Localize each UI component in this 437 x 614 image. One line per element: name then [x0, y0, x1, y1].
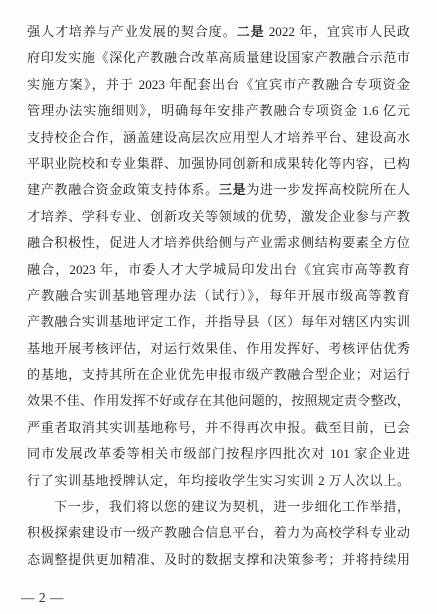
body-text-segment: 产教融合实训基地评定工作，并指导县（区）每年对辖区内实训 — [27, 314, 410, 329]
text-line: 平职业院校和专业集群、加强协同创新和成果转化等内容，已构 — [27, 151, 410, 177]
body-text-segment: 融合积极性，促进人才培养供给侧与产业需求侧结构要素全方位 — [27, 235, 410, 250]
body-text: 强人才培养与产业发展的契合度。二是 2022 年，宜宾市人民政府印发实施《深化产… — [27, 19, 410, 573]
body-text-segment: 建产教融合资金政策支持体系。 — [27, 182, 219, 197]
text-line: 强人才培养与产业发展的契合度。二是 2022 年，宜宾市人民政 — [27, 19, 410, 45]
body-text-segment: 府印发实施《深化产教融合改革高质量建设国家产教融合示范市 — [27, 50, 410, 65]
body-text-segment: 管理办法实施细则》，明确每年安排产教融合专项资金 1.6 亿元 — [27, 103, 410, 118]
text-line: 支持校企合作，涵盖建设高层次应用型人才培养平台、建设高水 — [27, 125, 410, 151]
body-text-segment: 才培养、学科专业、创新攻关等领域的优势，激发企业参与产教 — [27, 209, 410, 224]
text-line: 府印发实施《深化产教融合改革高质量建设国家产教融合示范市 — [27, 45, 410, 71]
text-line: 实施方案》，并于 2023 年配套出台《宜宾市产教融合专项资金 — [27, 72, 410, 98]
document-page: 强人才培养与产业发展的契合度。二是 2022 年，宜宾市人民政府印发实施《深化产… — [0, 0, 437, 614]
body-text-segment: 支持校企合作，涵盖建设高层次应用型人才培养平台、建设高水 — [27, 130, 410, 145]
body-text-segment: 同市发展改革委等相关市级部门按程序四批次对 101 家企业进 — [27, 446, 410, 461]
body-text-segment: 态调整提供更加精准、及时的数据支撑和决策参考；并将持续用 — [27, 552, 410, 567]
body-text-segment: 下一步，我们将以您的建议为契机，进一步细化工作举措， — [54, 499, 410, 514]
body-text-segment: 实施方案》，并于 2023 年配套出台《宜宾市产教融合专项资金 — [27, 77, 410, 92]
text-line: 严重者取消其实训基地称号，并不得再次申报。截至目前，已会 — [27, 415, 410, 441]
text-line: 产教融合实训基地评定工作，并指导县（区）每年对辖区内实训 — [27, 309, 410, 335]
text-line: 态调整提供更加精准、及时的数据支撑和决策参考；并将持续用 — [27, 547, 410, 573]
body-text-segment: 2022 年，宜宾市人民政 — [265, 24, 410, 39]
emphasis-text: 二是 — [237, 24, 265, 39]
body-text-segment: 的基地，支持其所在企业优先申报市级产教融合型企业；对运行 — [27, 367, 410, 382]
text-line: 管理办法实施细则》，明确每年安排产教融合专项资金 1.6 亿元 — [27, 98, 410, 124]
body-text-segment: 融合，2023 年，市委人才大学城局印发出台《宜宾市高等教育 — [27, 262, 410, 277]
body-text-segment: 产教融合实训基地管理办法（试行）》，每年开展市级高等教育 — [27, 288, 410, 303]
body-text-segment: 平职业院校和专业集群、加强协同创新和成果转化等内容，已构 — [27, 156, 410, 171]
text-line: 下一步，我们将以您的建议为契机，进一步细化工作举措， — [27, 494, 410, 520]
body-text-segment: 为进一步发挥高校院所在人 — [246, 182, 410, 197]
text-line: 建产教融合资金政策支持体系。三是为进一步发挥高校院所在人 — [27, 177, 410, 203]
text-line: 行了实训基地授牌认定，年均接收学生实习实训 2 万人次以上。 — [27, 468, 410, 494]
text-line: 融合积极性，促进人才培养供给侧与产业需求侧结构要素全方位 — [27, 230, 410, 256]
text-line: 融合，2023 年，市委人才大学城局印发出台《宜宾市高等教育 — [27, 257, 410, 283]
page-number: — 2 — — [21, 590, 64, 606]
emphasis-text: 三是 — [219, 182, 246, 197]
body-text-segment: 强人才培养与产业发展的契合度。 — [27, 24, 237, 39]
text-line: 产教融合实训基地管理办法（试行）》，每年开展市级高等教育 — [27, 283, 410, 309]
body-text-segment: 积极探索建设市一级产教融合信息平台，着力为高校学科专业动 — [27, 525, 410, 540]
body-text-segment: 效果不佳、作用发挥不好或存在其他问题的，按照规定责令整改， — [27, 393, 410, 408]
text-line: 才培养、学科专业、创新攻关等领域的优势，激发企业参与产教 — [27, 204, 410, 230]
text-line: 积极探索建设市一级产教融合信息平台，着力为高校学科专业动 — [27, 520, 410, 546]
body-text-segment: 严重者取消其实训基地称号，并不得再次申报。截至目前，已会 — [27, 420, 410, 435]
body-text-segment: 行了实训基地授牌认定，年均接收学生实习实训 2 万人次以上。 — [27, 473, 410, 488]
text-line: 同市发展改革委等相关市级部门按程序四批次对 101 家企业进 — [27, 441, 410, 467]
text-line: 效果不佳、作用发挥不好或存在其他问题的，按照规定责令整改， — [27, 388, 410, 414]
text-line: 基地开展考核评估，对运行效果佳、作用发挥好、考核评估优秀 — [27, 336, 410, 362]
body-text-segment: 基地开展考核评估，对运行效果佳、作用发挥好、考核评估优秀 — [27, 341, 410, 356]
text-line: 的基地，支持其所在企业优先申报市级产教融合型企业；对运行 — [27, 362, 410, 388]
